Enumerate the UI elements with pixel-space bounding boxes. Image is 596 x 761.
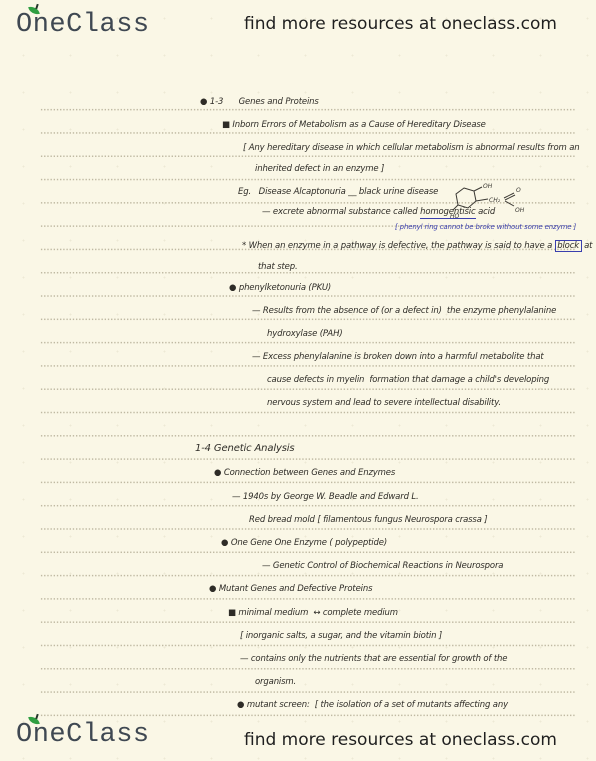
structure-label-ho: HO [450, 213, 460, 220]
note-line: [ Any hereditary disease in which cellul… [243, 143, 580, 153]
header: OneClass find more resources at oneclass… [0, 4, 596, 54]
note-text: — excrete abnormal substance called [262, 207, 420, 217]
note-line: that step. [258, 262, 298, 272]
footer: OneClass find more resources at oneclass… [0, 714, 596, 761]
note-line: cause defects in myelin formation that d… [267, 375, 549, 385]
section-heading-1-3: ● 1-3 Genes and Proteins [200, 97, 319, 107]
note-text: at [582, 241, 593, 251]
header-tagline: find more resources at oneclass.com [244, 14, 557, 34]
logo-text: OneClass [16, 10, 150, 40]
oneclass-logo-footer: OneClass [16, 720, 186, 760]
note-line: organism. [255, 677, 296, 687]
structure-label-ch2: CH₂ [489, 197, 501, 204]
oneclass-logo: OneClass [16, 10, 186, 50]
structure-label-oh-acid: OH [515, 207, 525, 214]
note-line: Eg. Disease Alcaptonuria __ black urine … [238, 187, 438, 197]
note-line: inherited defect in an enzyme ] [255, 164, 384, 174]
structure-label-o: O [516, 187, 521, 194]
note-line: hydroxylase (PAH) [267, 329, 343, 339]
note-line: * When an enzyme in a pathway is defecti… [242, 241, 592, 251]
note-line: ● Mutant Genes and Defective Proteins [209, 584, 372, 594]
logo-text: OneClass [16, 720, 150, 750]
note-line: Red bread mold [ filamentous fungus Neur… [249, 515, 487, 525]
boxed-term: block [555, 240, 582, 252]
section-heading-1-4: 1-4 Genetic Analysis [195, 443, 294, 454]
note-line: — Genetic Control of Biochemical Reactio… [262, 561, 503, 571]
note-line: — 1940s by George W. Beadle and Edward L… [232, 492, 419, 502]
homogentisic-acid-structure: OH HO CH₂ O OH [450, 178, 550, 223]
note-line: [ inorganic salts, a sugar, and the vita… [240, 631, 442, 641]
note-line: nervous system and lead to severe intell… [267, 398, 501, 408]
note-line: — contains only the nutrients that are e… [240, 654, 507, 664]
note-line: ● phenylketonuria (PKU) [229, 283, 331, 293]
note-line: ● mutant screen: [ the isolation of a se… [237, 700, 508, 710]
leaf-stem-icon [35, 714, 38, 719]
note-line: — Results from the absence of (or a defe… [252, 306, 556, 316]
note-line: ■ Inborn Errors of Metabolism as a Cause… [222, 120, 486, 130]
note-line: ● One Gene One Enzyme ( polypeptide) [221, 538, 387, 548]
note-line: ■ minimal medium ↔ complete medium [228, 608, 398, 618]
note-line: ● Connection between Genes and Enzymes [214, 468, 395, 478]
note-text: * When an enzyme in a pathway is defecti… [242, 241, 555, 251]
structure-label-oh-top: OH [483, 183, 493, 190]
blue-annotation: [ phenyl ring cannot be broke without so… [395, 223, 576, 231]
footer-tagline: find more resources at oneclass.com [244, 730, 557, 750]
note-line: — Excess phenylalanine is broken down in… [252, 352, 544, 362]
leaf-stem-icon [35, 4, 38, 9]
